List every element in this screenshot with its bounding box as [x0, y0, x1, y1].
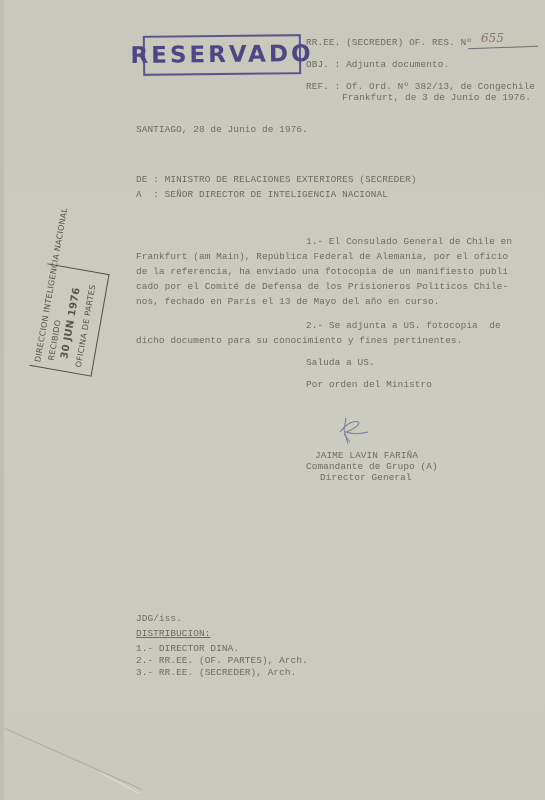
reservado-stamp: RESERVADO — [143, 34, 301, 76]
signatory-title: Director General — [320, 472, 412, 484]
paragraph-1-line-2: Frankfurt (am Main), República Federal d… — [136, 251, 508, 263]
header-reference-number-label: RR.EE. (SECREDER) OF. RES. Nº — [306, 37, 472, 49]
closing-salutation: Saluda a US. — [306, 357, 375, 369]
paragraph-2-line-1: 2.- Se adjunta a US. fotocopia de — [306, 320, 501, 332]
header-subject: OBJ. : Adjunta documento. — [306, 59, 449, 71]
signature-icon — [336, 414, 372, 448]
distribution-item-2: 2.- RR.EE. (OF. PARTES), Arch. — [136, 655, 308, 667]
from-line: DE : MINISTRO DE RELACIONES EXTERIORES (… — [136, 174, 417, 186]
to-line: A : SEÑOR DIRECTOR DE INTELIGENCIA NACIO… — [136, 189, 388, 201]
typist-initials: JDG/iss. — [136, 613, 182, 625]
paragraph-1-line-1: 1.- El Consulado General de Chile en — [306, 236, 512, 248]
paragraph-2-line-2: dicho documento para su conocimiento y f… — [136, 335, 462, 347]
paragraph-1-line-4: cado por el Comité de Defensa de los Pri… — [136, 281, 508, 293]
number-underline — [468, 46, 538, 49]
document-page: RESERVADO RR.EE. (SECREDER) OF. RES. Nº … — [0, 0, 545, 800]
paper-crease-highlight — [100, 772, 140, 794]
header-reference-line-2: Frankfurt, de 3 de Junio de 1976. — [342, 92, 531, 104]
place-and-date: SANTIAGO, 28 de Junio de 1976. — [136, 124, 308, 136]
reservado-stamp-text: RESERVADO — [130, 41, 313, 69]
handwritten-document-number: 655 — [481, 31, 504, 45]
distribution-item-3: 3.- RR.EE. (SECREDER), Arch. — [136, 667, 296, 679]
paragraph-1-line-3: de la referencia, ha enviado una fotocop… — [136, 266, 508, 278]
distribution-item-1: 1.- DIRECTOR DINA. — [136, 643, 239, 655]
paragraph-1-line-5: nos, fechado en París el 13 de Mayo del … — [136, 296, 439, 308]
paper-crease — [5, 728, 142, 790]
distribution-label: DISTRIBUCION: — [136, 628, 210, 640]
received-date-stamp: DIRECCION INTELIGENCIA NACIONAL RECIBIDO… — [29, 263, 109, 376]
page-edge — [0, 0, 4, 800]
by-order-line: Por orden del Ministro — [306, 379, 432, 391]
